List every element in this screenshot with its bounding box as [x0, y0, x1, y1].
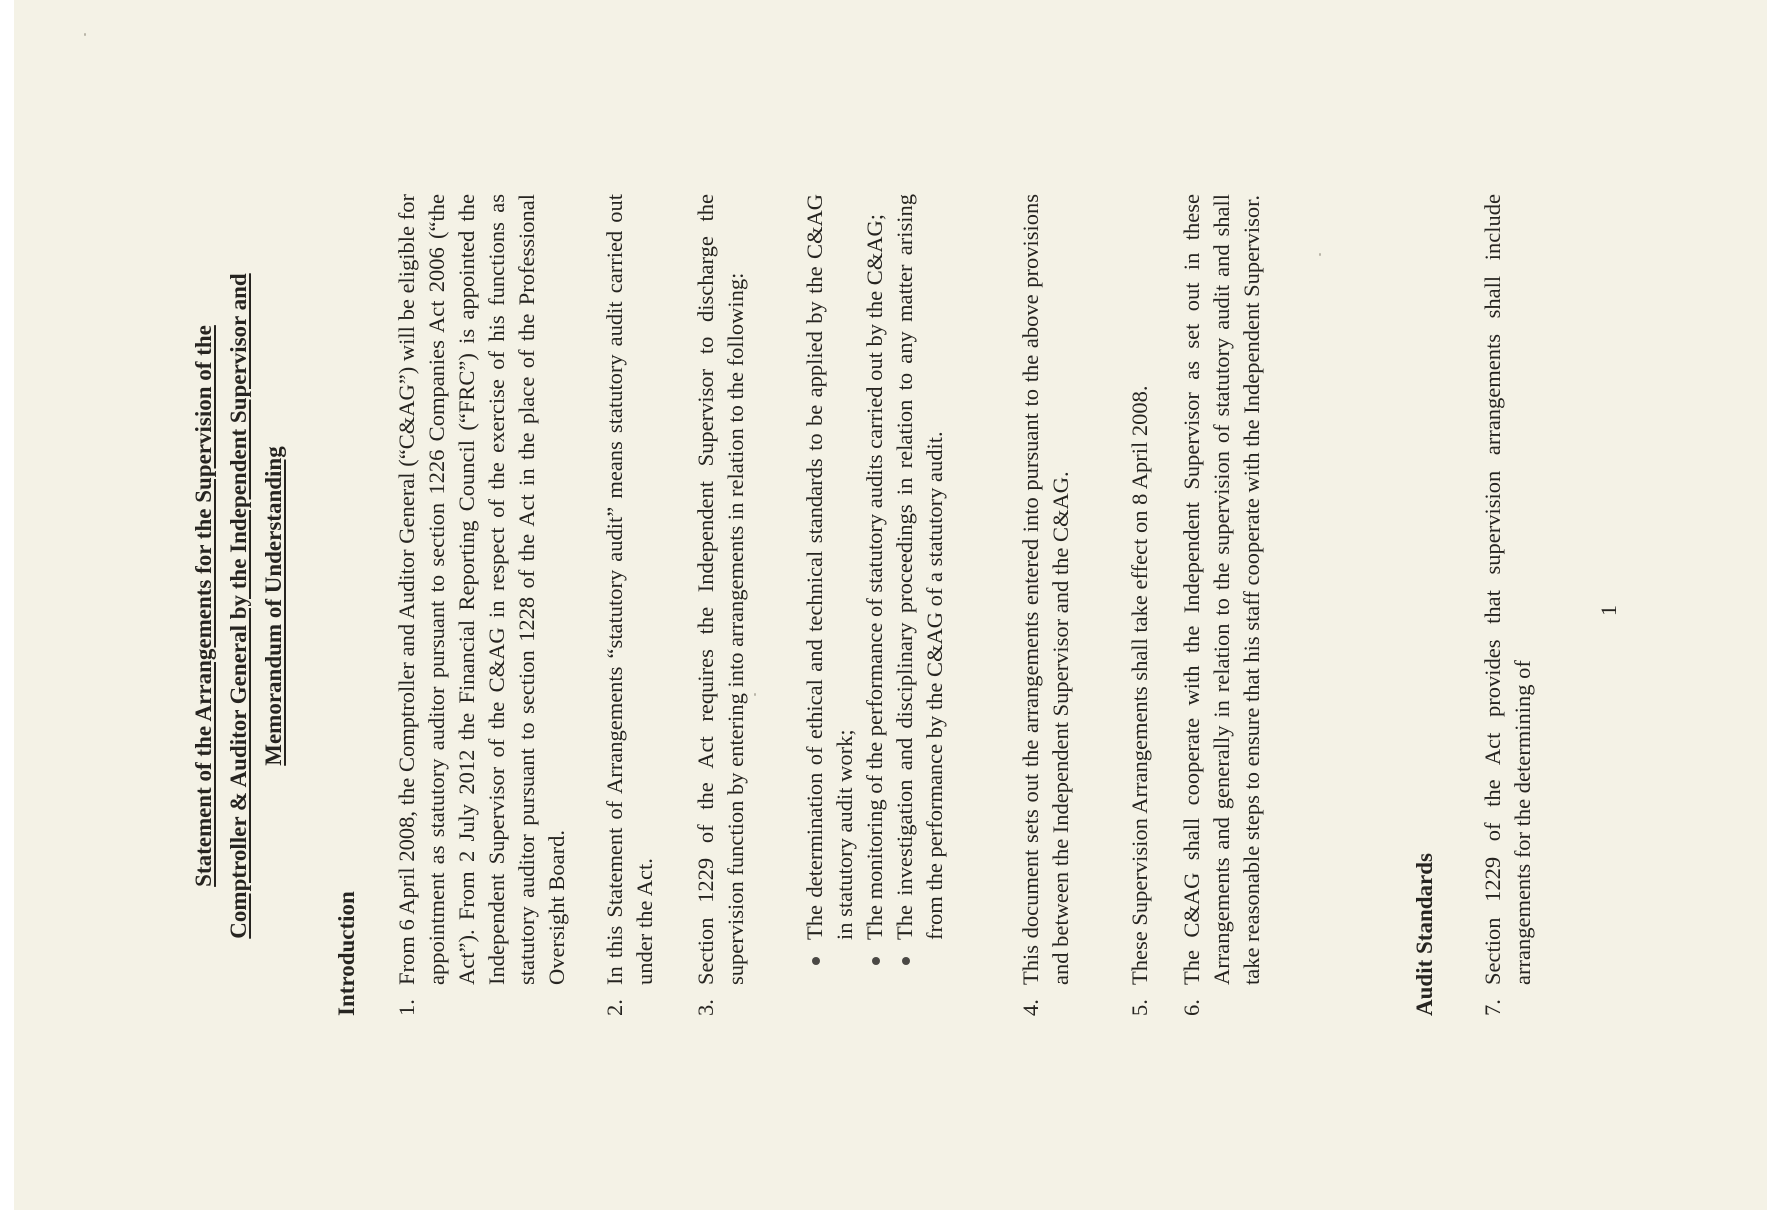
title-line-3: Memorandum of Understanding — [261, 446, 286, 765]
heading-introduction: Introduction — [332, 891, 362, 1016]
list-item: The monitoring of the performance of sta… — [860, 194, 890, 1016]
paragraph-6: 6. The C&AG shall cooperate with the Ind… — [1177, 194, 1267, 1016]
scan-speck — [754, 693, 756, 696]
paragraph-number: 3. — [691, 986, 721, 1016]
paragraph-text: In this Statement of Arrangements “statu… — [600, 194, 660, 985]
paragraph-text: Section 1229 of the Act provides that su… — [1478, 194, 1538, 985]
paragraph-text: From 6 April 2008, the Comptroller and A… — [392, 194, 572, 985]
document-title: Statement of the Arrangements for the Su… — [186, 196, 291, 1016]
paragraph-number: 4. — [1016, 986, 1046, 1016]
scanned-paper: Statement of the Arrangements for the Su… — [14, 0, 1767, 1210]
heading-audit-standards: Audit Standards — [1410, 853, 1440, 1016]
list-item-text: The monitoring of the performance of sta… — [862, 214, 887, 940]
list-item-text: The investigation and disciplinary proce… — [892, 194, 947, 940]
paragraph-number: 5. — [1125, 986, 1155, 1016]
paragraph-5: 5. These Supervision Arrangements shall … — [1125, 194, 1155, 1016]
document-page: Statement of the Arrangements for the Su… — [14, 0, 1767, 1210]
title-line-1: Statement of the Arrangements for the Su… — [191, 325, 216, 887]
paragraph-number: 6. — [1177, 986, 1207, 1016]
paragraph-2: 2. In this Statement of Arrangements “st… — [600, 194, 660, 1016]
paragraph-1: 1. From 6 April 2008, the Comptroller an… — [392, 194, 572, 1016]
paragraph-text: Section 1229 of the Act requires the Ind… — [691, 194, 751, 985]
bullet-icon — [812, 957, 820, 965]
scan-speck — [1319, 253, 1321, 256]
list-item-text: The determination of ethical and technic… — [802, 194, 857, 940]
paragraph-number: 7. — [1478, 986, 1508, 1016]
list-item: The determination of ethical and technic… — [800, 194, 860, 1016]
paragraph-text: The C&AG shall cooperate with the Indepe… — [1177, 194, 1267, 985]
page-number: 1 — [1594, 605, 1624, 616]
paragraph-text: This document sets out the arrangements … — [1016, 194, 1076, 985]
bullet-icon — [872, 957, 880, 965]
bullet-icon — [902, 957, 910, 965]
scan-speck — [84, 33, 86, 36]
title-line-2: Comptroller & Auditor General by the Ind… — [226, 273, 251, 938]
paragraph-4: 4. This document sets out the arrangemen… — [1016, 194, 1076, 1016]
paragraph-number: 1. — [392, 986, 422, 1016]
paragraph-number: 2. — [600, 986, 630, 1016]
paragraph-text: These Supervision Arrangements shall tak… — [1125, 194, 1155, 985]
paragraph-3: 3. Section 1229 of the Act requires the … — [691, 194, 751, 1016]
requirements-list: The determination of ethical and technic… — [800, 194, 950, 1016]
paragraph-7: 7. Section 1229 of the Act provides that… — [1478, 194, 1538, 1016]
list-item: The investigation and disciplinary proce… — [890, 194, 950, 1016]
